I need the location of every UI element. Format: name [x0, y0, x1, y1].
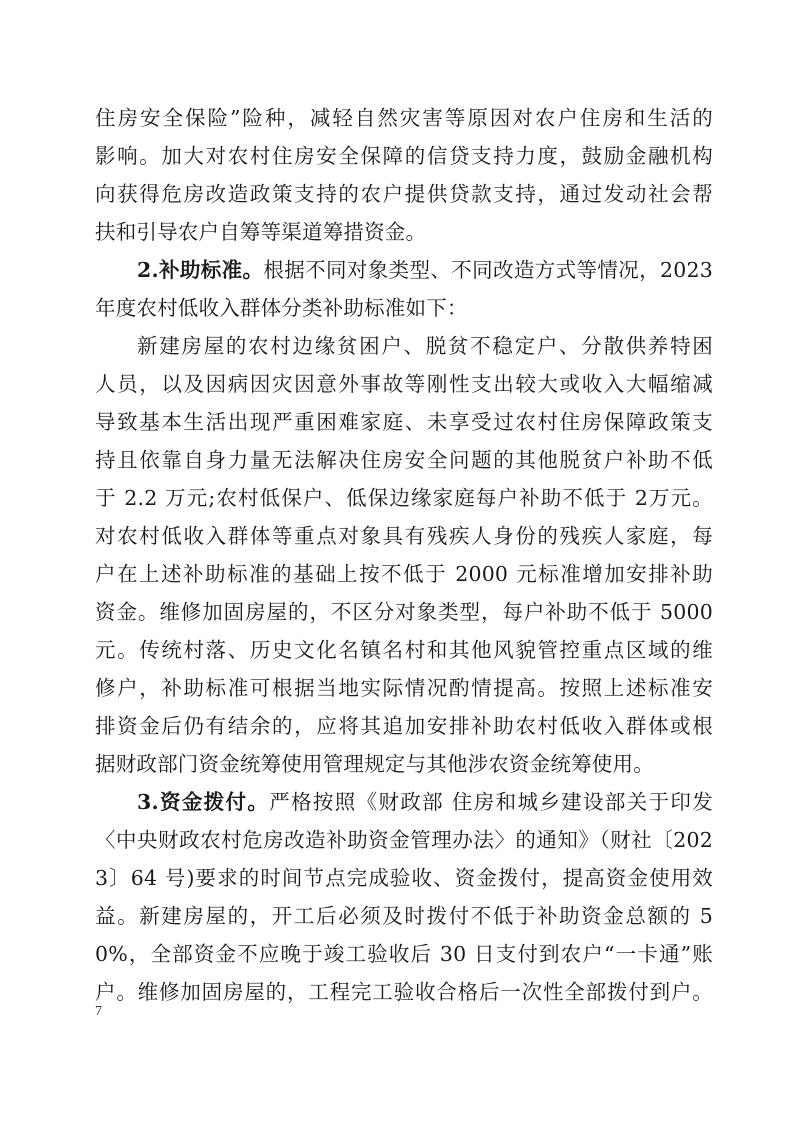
paragraph-3-line-4: 持且依靠自身力量无法解决住房安全问题的其他脱贫户补助不低 — [95, 441, 713, 479]
paragraph-1-line-4: 扶和引导农户自筹等渠道筹措资金。 — [95, 213, 713, 251]
paragraph-3-line-11: 排资金后仍有结余的，应将其追加安排补助农村低收入群体或根 — [95, 707, 713, 745]
paragraph-2-line-2: 年度农村低收入群体分类补助标准如下： — [95, 289, 713, 327]
section-heading-fund-disbursement: 3.资金拨付。 — [137, 790, 269, 814]
page-number: 7 — [95, 1004, 102, 1020]
paragraph-3-line-7: 户在上述补助标准的基础上按不低于 2000 元标准增加安排补助 — [95, 555, 713, 593]
paragraph-4-line-6: 户。维修加固房屋的，工程完工验收合格后一次性全部拨付到户。 — [95, 973, 713, 1011]
paragraph-3-line-9: 元。传统村落、历史文化名镇名村和其他风貌管控重点区域的维 — [95, 631, 713, 669]
paragraph-4-line-2: 〈中央财政农村危房改造补助资金管理办法〉的通知》（财社〔202 — [95, 821, 713, 859]
paragraph-4-line-5: 0%，全部资金不应晚于竣工验收后 30 日支付到农户“一卡通”账 — [95, 935, 713, 973]
paragraph-4-line-1-text: 严格按照《财政部 住房和城乡建设部关于印发 — [269, 790, 713, 814]
paragraph-3-line-3: 导致基本生活出现严重困难家庭、未享受过农村住房保障政策支 — [95, 403, 713, 441]
document-page: 住房安全保险”险种，减轻自然灾害等原因对农户住房和生活的 影响。加大对农村住房安… — [0, 0, 793, 1122]
paragraph-3-line-10: 修户，补助标准可根据当地实际情况酌情提高。按照上述标准安 — [95, 669, 713, 707]
paragraph-1-line-3: 向获得危房改造政策支持的农户提供贷款支持，通过发动社会帮 — [95, 175, 713, 213]
paragraph-3-line-6: 对农村低收入群体等重点对象具有残疾人身份的残疾人家庭，每 — [95, 517, 713, 555]
section-heading-subsidy-standard: 2.补助标准。 — [137, 258, 263, 282]
paragraph-1-line-2: 影响。加大对农村住房安全保障的信贷支持力度，鼓励金融机构 — [95, 137, 713, 175]
paragraph-2-line-1-text: 根据不同对象类型、不同改造方式等情况，2023 — [263, 258, 713, 282]
paragraph-3-line-1: 新建房屋的农村边缘贫困户、脱贫不稳定户、分散供养特困 — [137, 327, 713, 365]
paragraph-4-line-1: 3.资金拨付。严格按照《财政部 住房和城乡建设部关于印发 — [137, 783, 713, 821]
paragraph-4-line-3: 3〕64 号)要求的时间节点完成验收、资金拨付，提高资金使用效 — [95, 859, 713, 897]
paragraph-3-line-2: 人员，以及因病因灾因意外事故等刚性支出较大或收入大幅缩减 — [95, 365, 713, 403]
paragraph-3-line-5: 于 2.2 万元;农村低保户、低保边缘家庭每户补助不低于 2万元。 — [95, 479, 713, 517]
paragraph-4-line-4: 益。新建房屋的，开工后必须及时拨付不低于补助资金总额的 5 — [95, 897, 713, 935]
paragraph-2-line-1: 2.补助标准。根据不同对象类型、不同改造方式等情况，2023 — [137, 251, 713, 289]
paragraph-3-line-8: 资金。维修加固房屋的，不区分对象类型，每户补助不低于 5000 — [95, 593, 713, 631]
paragraph-3-line-12: 据财政部门资金统筹使用管理规定与其他涉农资金统筹使用。 — [95, 745, 713, 783]
paragraph-1-line-1: 住房安全保险”险种，减轻自然灾害等原因对农户住房和生活的 — [95, 99, 713, 137]
